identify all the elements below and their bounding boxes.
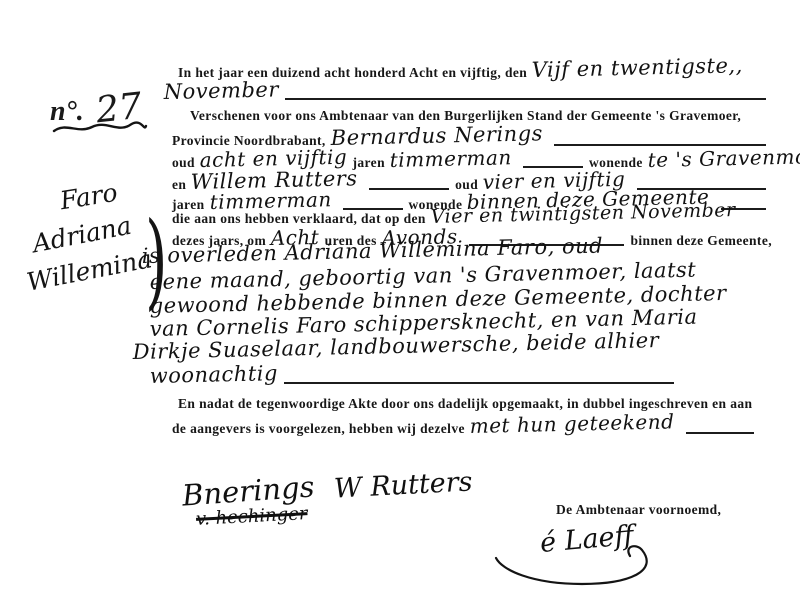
line-declared: die aan ons hebben verklaard, dat op den… (172, 206, 772, 228)
printed-appeared: Verschenen voor ons Ambtenaar van den Bu… (190, 108, 741, 124)
rule (284, 382, 674, 384)
hw-day: Vijf en twentigste,, (532, 53, 744, 82)
hw-body6: woonachtig (149, 361, 278, 388)
official-label: De Ambtenaar voornoemd, (556, 502, 721, 518)
line-closing1: En nadat de tegenwoordige Akte door ons … (178, 396, 772, 412)
printed-oud1: oud (172, 155, 195, 171)
line-closing2: de aangevers is voorgelezen, hebben wij … (172, 414, 760, 438)
signature-struck: v. hechinger (196, 503, 308, 530)
margin-surname: Faro (58, 178, 119, 216)
hw-month: November (163, 77, 279, 104)
hw-declarant1-occupation: timmerman (389, 145, 512, 172)
hw-signed-clause: met hun geteekend (469, 409, 674, 438)
signature-declarant2: W Rutters (333, 466, 473, 504)
line-body5: Dirkje Suaselaar, landbouwersche, beide … (133, 340, 772, 364)
hw-declarant1-residence: te 's Gravenmoer (647, 144, 800, 172)
line-body6: woonachtig (150, 364, 680, 388)
death-certificate-scan: n°. 27 Faro Adriana Willemina ) In het j… (0, 0, 800, 600)
printed-official-label: De Ambtenaar voornoemd, (556, 502, 721, 518)
line-month: November (164, 80, 772, 104)
rule (285, 98, 766, 100)
official-signature-flourish (492, 540, 672, 592)
printed-jaren1: jaren (352, 155, 385, 171)
printed-closing2: de aangevers is voorgelezen, hebben wij … (172, 421, 465, 437)
act-number-flourish (52, 120, 148, 136)
rule (686, 432, 754, 434)
